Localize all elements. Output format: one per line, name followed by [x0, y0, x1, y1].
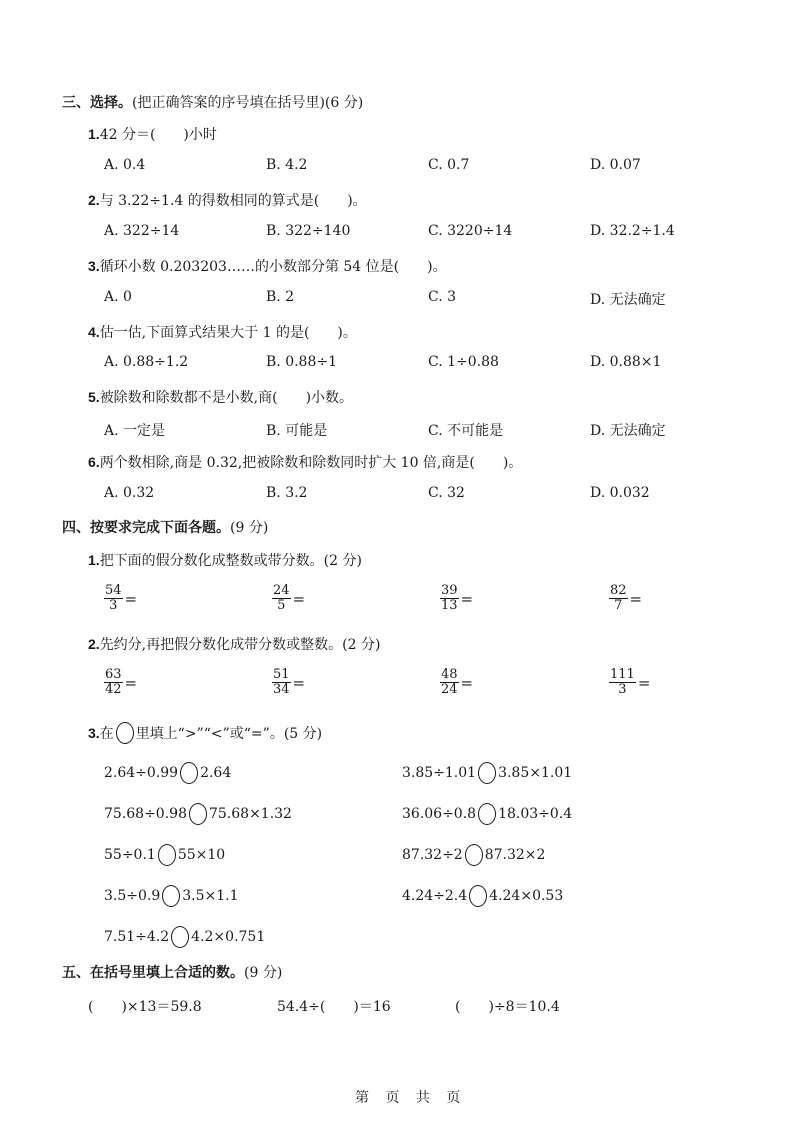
question-text: 与 3.22÷1.4 的得数相同的算式是( )。 — [100, 193, 367, 209]
left-expression: 75.68÷0.98 — [104, 806, 187, 822]
question-text: 被除数和除数都不是小数,商( )小数。 — [100, 390, 353, 406]
question-number: 4. — [88, 324, 100, 340]
numerator: 63 — [104, 668, 123, 683]
question-text-post: 里填上“>”“<”或“=”。(5 分) — [136, 723, 322, 743]
fill-blank-item: 54.4÷( )＝16 — [277, 996, 391, 1016]
denominator: 34 — [273, 683, 290, 697]
right-expression: 4.24×0.53 — [489, 888, 563, 904]
numerator: 111 — [609, 668, 636, 683]
question-text: 先约分,再把假分数化成带分数或整数。(2 分) — [100, 637, 381, 653]
question-text: 两个数相除,商是 0.32,把被除数和除数同时扩大 10 倍,商是( )。 — [100, 455, 523, 471]
circle-icon — [116, 722, 134, 744]
question-4-1: 1.把下面的假分数化成整数或带分数。(2 分) — [88, 550, 362, 570]
section-4-note: (9 分) — [230, 520, 268, 536]
option-b: B. 0.88÷1 — [266, 354, 337, 370]
option-c: C. 不可能是 — [428, 420, 503, 440]
option-a: A. 322÷14 — [104, 223, 179, 239]
option-d: D. 0.88×1 — [590, 354, 661, 370]
equals-sign: = — [293, 590, 306, 608]
question-number: 5. — [88, 389, 100, 405]
option-b: B. 2 — [266, 289, 294, 305]
fraction-item: 543= — [104, 584, 137, 613]
left-expression: 55÷0.1 — [104, 847, 156, 863]
comparison-blank[interactable] — [162, 885, 180, 907]
comparison-item: 2.64÷0.992.64 — [104, 762, 231, 784]
left-expression: 3.5÷0.9 — [104, 888, 160, 904]
denominator: 7 — [614, 599, 622, 613]
option-a: A. 一定是 — [104, 420, 165, 440]
comparison-blank[interactable] — [478, 762, 496, 784]
section-4-title: 四、按要求完成下面各题。(9 分) — [62, 517, 268, 537]
question-3-6: 6.两个数相除,商是 0.32,把被除数和除数同时扩大 10 倍,商是( )。 — [88, 452, 522, 472]
right-expression: 3.85×1.01 — [498, 765, 572, 781]
comparison-blank[interactable] — [180, 762, 198, 784]
option-b: B. 可能是 — [266, 420, 327, 440]
fraction-item: 827= — [609, 584, 642, 613]
equals-sign: = — [461, 590, 474, 608]
option-c: C. 32 — [428, 485, 465, 501]
right-expression: 75.68×1.32 — [209, 806, 292, 822]
comparison-item: 87.32÷287.32×2 — [402, 844, 545, 866]
numerator: 82 — [609, 584, 628, 599]
fraction-item: 3913= — [440, 584, 473, 613]
comparison-blank[interactable] — [189, 803, 207, 825]
comparison-blank[interactable] — [158, 844, 176, 866]
section-3-title: 三、选择。(把正确答案的序号填在括号里)(6 分) — [62, 92, 363, 112]
question-3-2: 2.与 3.22÷1.4 的得数相同的算式是( )。 — [88, 190, 367, 210]
denominator: 24 — [441, 683, 458, 697]
left-expression: 4.24÷2.4 — [402, 888, 467, 904]
right-expression: 18.03÷0.4 — [498, 806, 572, 822]
question-number: 2. — [88, 636, 100, 652]
fraction-item: 1113= — [609, 668, 650, 697]
option-c: C. 1÷0.88 — [428, 354, 499, 370]
fill-blank-item: ( )÷8＝10.4 — [455, 996, 560, 1016]
question-4-3: 3.在里填上“>”“<”或“=”。(5 分) — [88, 722, 322, 744]
fraction-item: 245= — [272, 584, 305, 613]
question-number: 1. — [88, 552, 100, 568]
option-a: A. 0.4 — [104, 157, 145, 173]
option-b: B. 4.2 — [266, 157, 307, 173]
fraction-item: 6342= — [104, 668, 137, 697]
right-expression: 87.32×2 — [485, 847, 546, 863]
option-b: B. 322÷140 — [266, 223, 350, 239]
numerator: 24 — [272, 584, 291, 599]
comparison-blank[interactable] — [478, 803, 496, 825]
right-expression: 2.64 — [200, 765, 231, 781]
left-expression: 2.64÷0.99 — [104, 765, 178, 781]
denominator: 5 — [277, 599, 285, 613]
section-3-heading: 三、选择。 — [62, 95, 132, 111]
option-c: C. 3220÷14 — [428, 223, 512, 239]
option-c: C. 3 — [428, 289, 456, 305]
numerator: 48 — [440, 668, 459, 683]
numerator: 51 — [272, 668, 291, 683]
question-3-1: 1.42 分＝( )小时 — [88, 124, 217, 144]
question-text: 把下面的假分数化成整数或带分数。(2 分) — [100, 553, 362, 569]
option-a: A. 0.32 — [104, 485, 154, 501]
question-number: 6. — [88, 454, 100, 470]
comparison-item: 75.68÷0.9875.68×1.32 — [104, 803, 292, 825]
denominator: 13 — [441, 599, 458, 613]
comparison-item: 3.5÷0.93.5×1.1 — [104, 885, 239, 907]
question-number: 2. — [88, 192, 100, 208]
question-number: 1. — [88, 126, 100, 142]
comparison-blank[interactable] — [465, 844, 483, 866]
equals-sign: = — [125, 590, 138, 608]
section-5-heading: 五、在括号里填上合适的数。 — [62, 965, 244, 981]
denominator: 3 — [109, 599, 117, 613]
equals-sign: = — [630, 590, 643, 608]
equals-sign: = — [638, 674, 651, 692]
comparison-blank[interactable] — [469, 885, 487, 907]
equals-sign: = — [293, 674, 306, 692]
question-text: 估一估,下面算式结果大于 1 的是( )。 — [100, 325, 357, 341]
option-d: D. 32.2÷1.4 — [590, 223, 675, 239]
option-d: D. 无法确定 — [590, 420, 666, 440]
numerator: 54 — [104, 584, 123, 599]
question-3-4: 4.估一估,下面算式结果大于 1 的是( )。 — [88, 322, 357, 342]
question-4-2: 2.先约分,再把假分数化成带分数或整数。(2 分) — [88, 634, 380, 654]
question-text-pre: 在 — [100, 723, 114, 743]
comparison-item: 4.24÷2.44.24×0.53 — [402, 885, 563, 907]
right-expression: 55×10 — [178, 847, 225, 863]
comparison-item: 3.85÷1.013.85×1.01 — [402, 762, 572, 784]
comparison-blank[interactable] — [171, 926, 189, 948]
right-expression: 4.2×0.751 — [191, 929, 265, 945]
section-5-title: 五、在括号里填上合适的数。(9 分) — [62, 962, 282, 982]
left-expression: 87.32÷2 — [402, 847, 463, 863]
option-d: D. 0.07 — [590, 157, 641, 173]
section-3-note: (把正确答案的序号填在括号里)(6 分) — [132, 95, 363, 111]
fraction-item: 5134= — [272, 668, 305, 697]
option-d: D. 无法确定 — [590, 289, 666, 309]
question-text: 42 分＝( )小时 — [100, 127, 217, 143]
option-b: B. 3.2 — [266, 485, 307, 501]
section-4-heading: 四、按要求完成下面各题。 — [62, 520, 230, 536]
fraction-item: 4824= — [440, 668, 473, 697]
question-3-3: 3.循环小数 0.203203……的小数部分第 54 位是( )。 — [88, 256, 447, 276]
option-a: A. 0 — [104, 289, 132, 305]
question-text: 循环小数 0.203203……的小数部分第 54 位是( )。 — [100, 259, 447, 275]
right-expression: 3.5×1.1 — [182, 888, 238, 904]
numerator: 39 — [440, 584, 459, 599]
option-a: A. 0.88÷1.2 — [104, 354, 188, 370]
option-d: D. 0.032 — [590, 485, 650, 501]
question-number: 3. — [88, 725, 100, 741]
option-c: C. 0.7 — [428, 157, 469, 173]
denominator: 3 — [618, 683, 626, 697]
left-expression: 7.51÷4.2 — [104, 929, 169, 945]
question-number: 3. — [88, 258, 100, 274]
equals-sign: = — [125, 674, 138, 692]
left-expression: 3.85÷1.01 — [402, 765, 476, 781]
left-expression: 36.06÷0.8 — [402, 806, 476, 822]
comparison-item: 7.51÷4.24.2×0.751 — [104, 926, 265, 948]
page-footer: 第 页 共 页 — [355, 1087, 466, 1107]
denominator: 42 — [105, 683, 122, 697]
section-5-note: (9 分) — [244, 965, 282, 981]
comparison-item: 36.06÷0.818.03÷0.4 — [402, 803, 572, 825]
question-3-5: 5.被除数和除数都不是小数,商( )小数。 — [88, 387, 353, 407]
fill-blank-item: ( )×13＝59.8 — [88, 996, 202, 1016]
comparison-item: 55÷0.155×10 — [104, 844, 225, 866]
equals-sign: = — [461, 674, 474, 692]
